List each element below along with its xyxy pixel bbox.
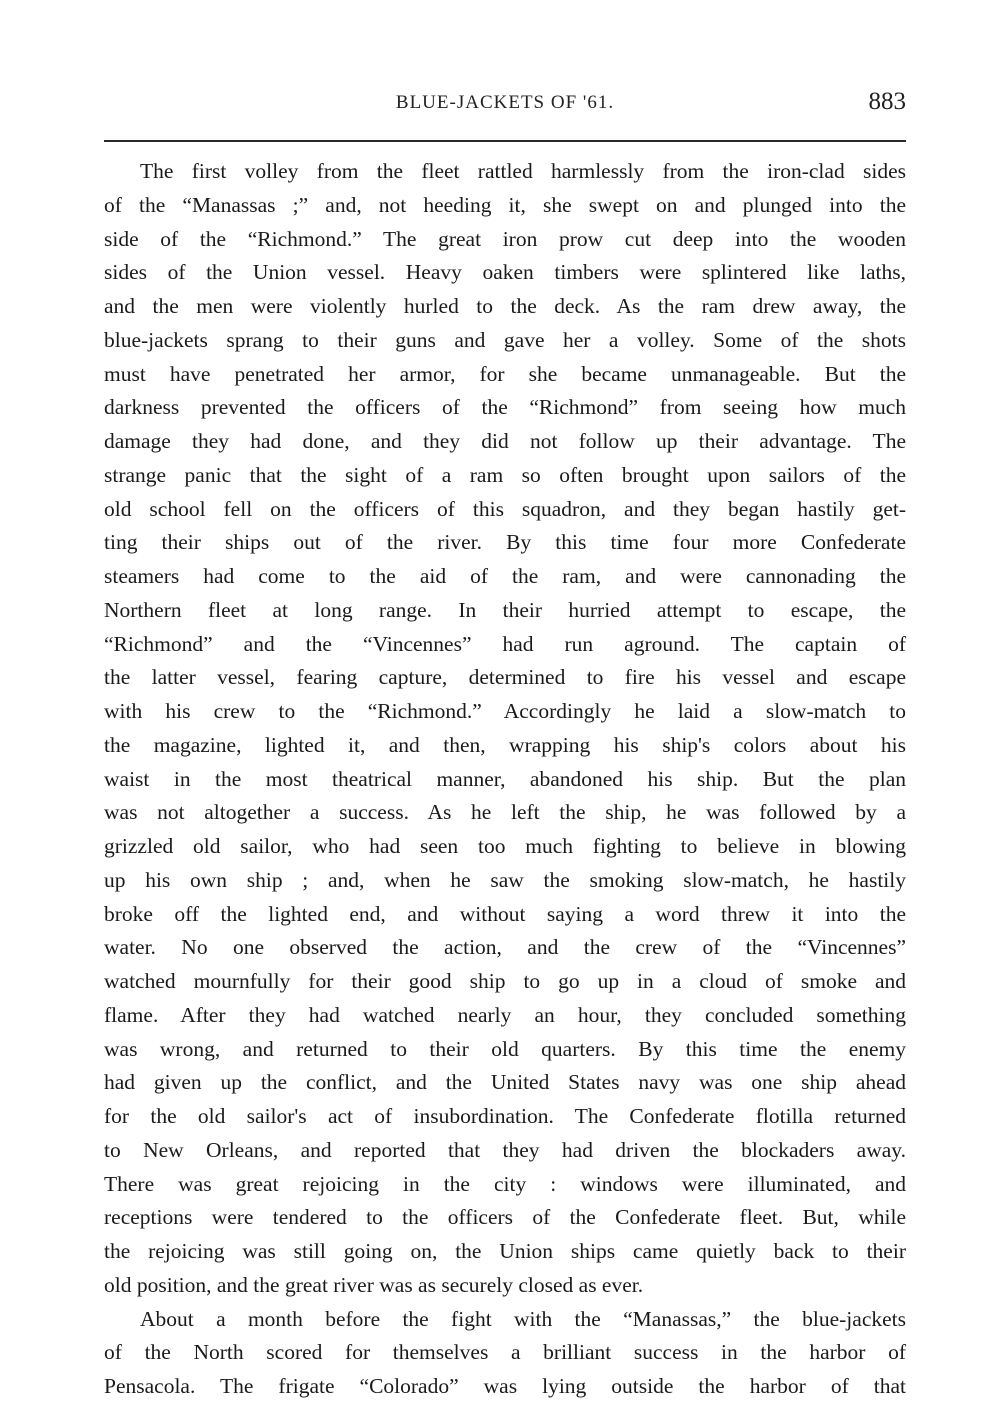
text-line: the latter vessel, fearing capture, dete… xyxy=(104,661,906,695)
text-line: water. No one observed the action, and t… xyxy=(104,931,906,965)
text-line: broke off the lighted end, and without s… xyxy=(104,898,906,932)
text-line: There was great rejoicing in the city : … xyxy=(104,1168,906,1202)
text-line: grizzled old sailor, who had seen too mu… xyxy=(104,830,906,864)
text-line: Pensacola. The frigate “Colorado” was ly… xyxy=(104,1370,906,1404)
text-line: of the North scored for themselves a bri… xyxy=(104,1336,906,1370)
text-line: damage they had done, and they did not f… xyxy=(104,425,906,459)
text-line: watched mournfully for their good ship t… xyxy=(104,965,906,999)
text-line: strange panic that the sight of a ram so… xyxy=(104,459,906,493)
paragraph: The first volley from the fleet rattled … xyxy=(104,155,906,1303)
text-line: had given up the conflict, and the Unite… xyxy=(104,1066,906,1100)
text-line: receptions were tendered to the officers… xyxy=(104,1201,906,1235)
text-line: sides of the Union vessel. Heavy oaken t… xyxy=(104,256,906,290)
text-line: “Richmond” and the “Vincennes” had run a… xyxy=(104,628,906,662)
text-line: old position, and the great river was as… xyxy=(104,1269,906,1303)
text-line: The first volley from the fleet rattled … xyxy=(104,155,906,189)
text-line: Northern fleet at long range. In their h… xyxy=(104,594,906,628)
text-line: About a month before the fight with the … xyxy=(104,1303,906,1337)
page-number: 883 xyxy=(869,88,907,116)
text-line: the magazine, lighted it, and then, wrap… xyxy=(104,729,906,763)
text-line: darkness prevented the officers of the “… xyxy=(104,391,906,425)
body-text: The first volley from the fleet rattled … xyxy=(104,155,906,1404)
text-line: for the old sailor's act of insubordinat… xyxy=(104,1100,906,1134)
text-line: to New Orleans, and reported that they h… xyxy=(104,1134,906,1168)
text-line: blue-jackets sprang to their guns and ga… xyxy=(104,324,906,358)
text-line: with his crew to the “Richmond.” Accordi… xyxy=(104,695,906,729)
text-line: steamers had come to the aid of the ram,… xyxy=(104,560,906,594)
paragraph: About a month before the fight with the … xyxy=(104,1303,906,1404)
header-rule xyxy=(104,140,906,142)
text-line: the rejoicing was still going on, the Un… xyxy=(104,1235,906,1269)
book-page: BLUE-JACKETS OF '61. 883 The first volle… xyxy=(0,0,1000,1407)
text-line: and the men were violently hurled to the… xyxy=(104,290,906,324)
running-title: BLUE-JACKETS OF '61. xyxy=(104,92,906,114)
text-line: was wrong, and returned to their old qua… xyxy=(104,1033,906,1067)
running-head: BLUE-JACKETS OF '61. 883 xyxy=(104,88,906,118)
text-line: waist in the most theatrical manner, aba… xyxy=(104,763,906,797)
text-line: side of the “Richmond.” The great iron p… xyxy=(104,223,906,257)
text-line: was not altogether a success. As he left… xyxy=(104,796,906,830)
text-line: old school fell on the officers of this … xyxy=(104,493,906,527)
text-line: of the “Manassas ;” and, not heeding it,… xyxy=(104,189,906,223)
text-line: ting their ships out of the river. By th… xyxy=(104,526,906,560)
text-line: flame. After they had watched nearly an … xyxy=(104,999,906,1033)
text-line: must have penetrated her armor, for she … xyxy=(104,358,906,392)
text-line: up his own ship ; and, when he saw the s… xyxy=(104,864,906,898)
